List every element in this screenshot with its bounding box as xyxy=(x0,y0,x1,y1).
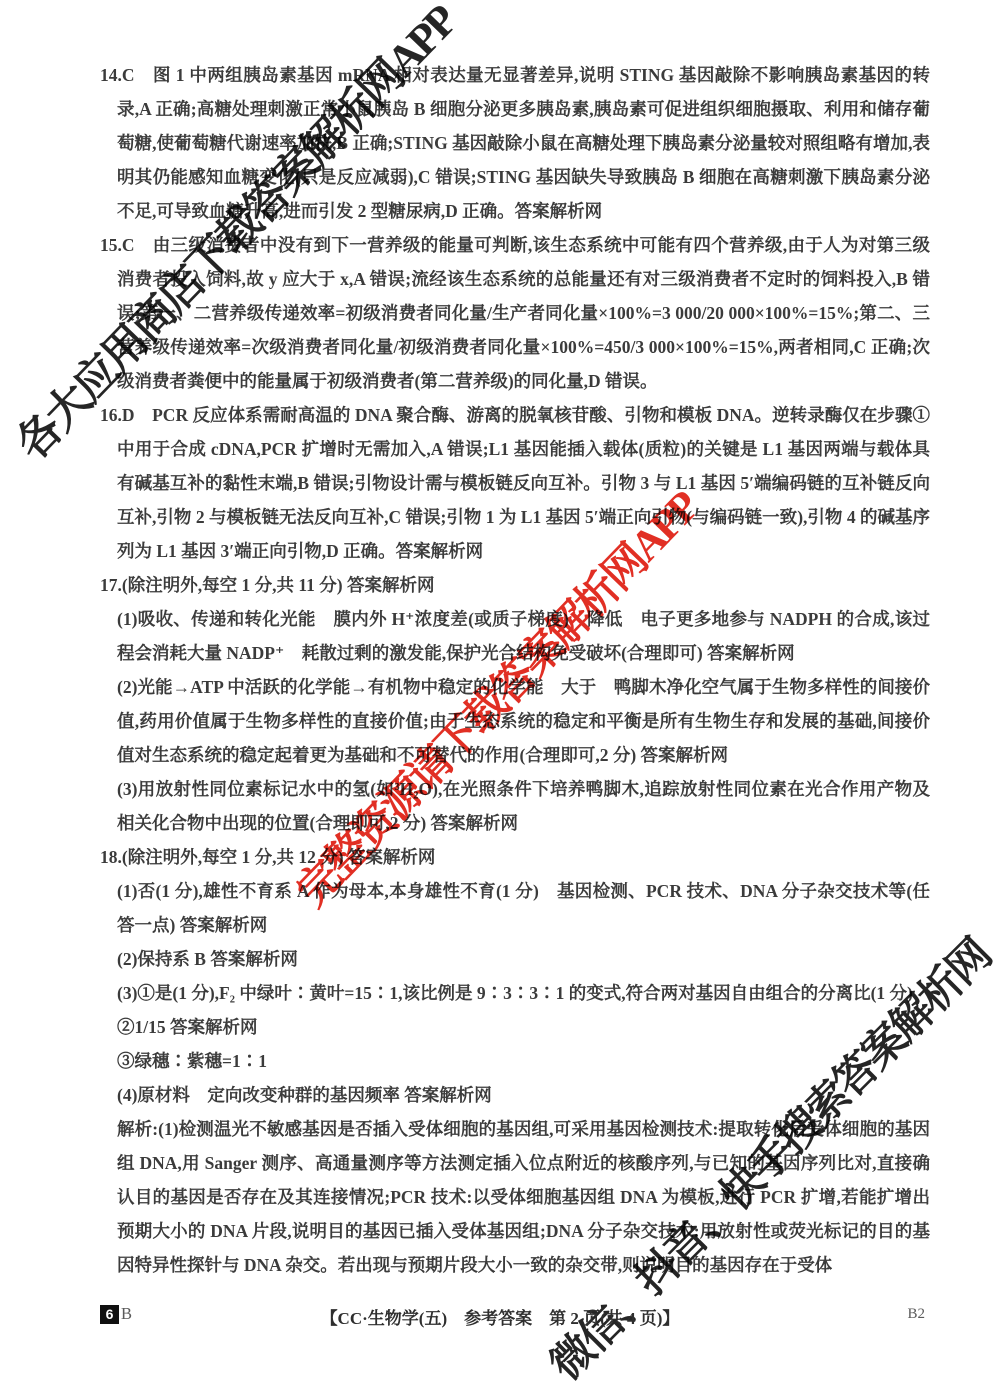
page-footer: 6 B 【CC·生物学(五) 参考答案 第 2 页(共 4 页)】 B2 xyxy=(0,1304,1000,1330)
footer-page-title: 【CC·生物学(五) 参考答案 第 2 页(共 4 页)】 xyxy=(0,1304,1000,1329)
answer-q17-part2: (2)光能→ATP 中活跃的化学能→有机物中稳定的化学能 大于 鸭脚木净化空气属… xyxy=(117,670,930,772)
answer-q15: 15.C 由三级消费者中没有到下一营养级的能量可判断,该生态系统中可能有四个营养… xyxy=(100,228,930,398)
answer-q18-analysis: 解析:(1)检测温光不敏感基因是否插入受体细胞的基因组,可采用基因检测技术:提取… xyxy=(117,1112,930,1282)
answer-q17-part1: (1)吸收、传递和转化光能 膜内外 H⁺浓度差(或质子梯度) 降低 电子更多地参… xyxy=(117,602,930,670)
answer-q16: 16.D PCR 反应体系需耐高温的 DNA 聚合酶、游离的脱氧核苷酸、引物和模… xyxy=(100,398,930,568)
answer-q18-part3-2: ②1/15 答案解析网 xyxy=(117,1010,930,1044)
answer-q18-heading: 18.(除注明外,每空 1 分,共 12 分) 答案解析网 xyxy=(100,840,930,874)
answers-column: 14.C 图 1 中两组胰岛素基因 mRNA 相对表达量无显著差异,说明 STI… xyxy=(100,58,930,1282)
exam-answer-page: 14.C 图 1 中两组胰岛素基因 mRNA 相对表达量无显著差异,说明 STI… xyxy=(0,0,1000,1393)
answer-q18-part3-3: ③绿穗∶紫穗=1∶1 xyxy=(117,1044,930,1078)
answer-q18-part1: (1)否(1 分),雄性不育系 A 作为母本,本身雄性不育(1 分) 基因检测、… xyxy=(117,874,930,942)
answer-q18-part2: (2)保持系 B 答案解析网 xyxy=(117,942,930,976)
answer-q18-part3-1: (3)①是(1 分),F₂ 中绿叶∶黄叶=15∶1,该比例是 9∶3∶3∶1 的… xyxy=(117,976,930,1010)
answer-q14: 14.C 图 1 中两组胰岛素基因 mRNA 相对表达量无显著差异,说明 STI… xyxy=(100,58,930,228)
answer-q17-part3: (3)用放射性同位素标记水中的氢(如³H₂O),在光照条件下培养鸭脚木,追踪放射… xyxy=(117,772,930,840)
footer-right-code: B2 xyxy=(907,1306,925,1323)
answer-q17-heading: 17.(除注明外,每空 1 分,共 11 分) 答案解析网 xyxy=(100,568,930,602)
answer-q18-part4: (4)原材料 定向改变种群的基因频率 答案解析网 xyxy=(117,1078,930,1112)
